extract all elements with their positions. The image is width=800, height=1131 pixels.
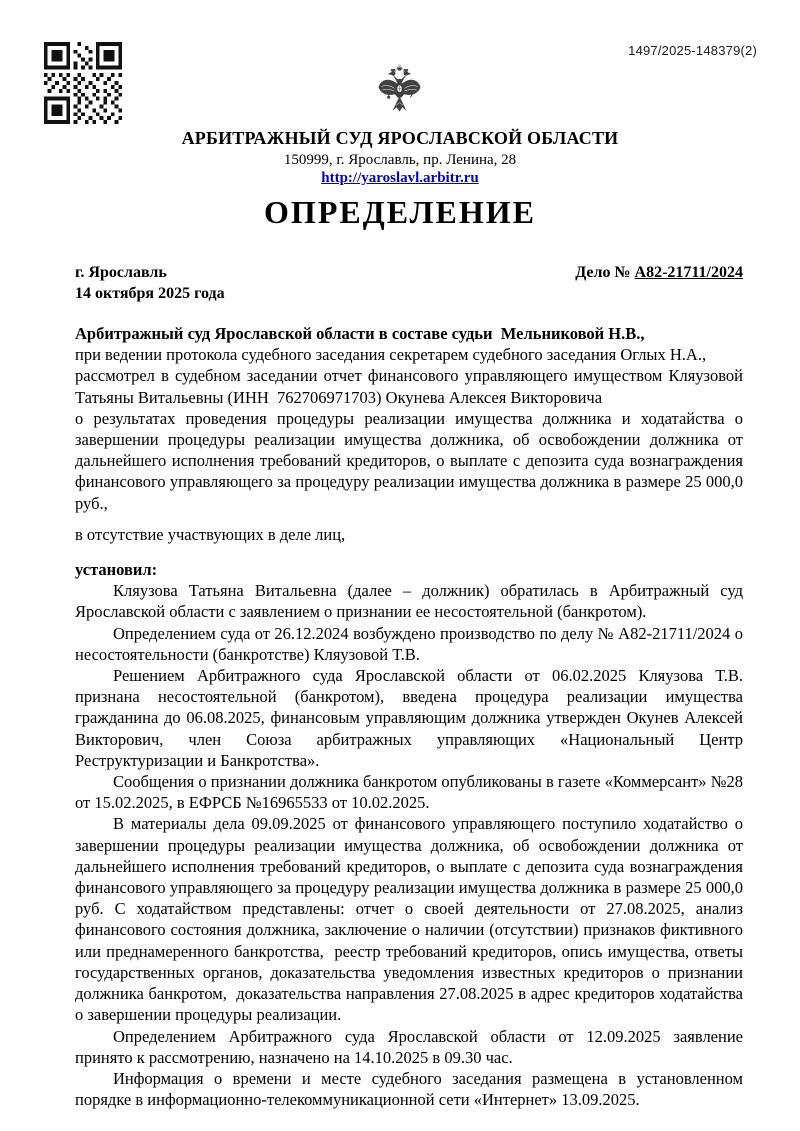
place-and-date: г. Ярославль 14 октября 2025 года	[75, 263, 225, 304]
report-line: рассмотрел в судебном заседании отчет фи…	[75, 365, 743, 407]
qr-code-icon	[44, 42, 122, 124]
spacer	[75, 514, 743, 524]
document-title: ОПРЕДЕЛЕНИЕ	[0, 194, 800, 231]
spacer	[75, 545, 743, 559]
judge-line: Арбитражный суд Ярославской области в со…	[75, 323, 743, 344]
date: 14 октября 2025 года	[75, 284, 225, 305]
case-number-line: Дело № А82-21711/2024	[575, 263, 743, 284]
body-paragraph: Сообщения о признании должника банкротом…	[75, 771, 743, 813]
case-meta: г. Ярославль 14 октября 2025 года Дело №…	[75, 263, 743, 304]
body-paragraph: Решением Арбитражного суда Ярославской о…	[75, 665, 743, 771]
document-body: Арбитражный суд Ярославской области в со…	[75, 323, 743, 1110]
body-paragraph: Информация о времени и месте судебного з…	[75, 1068, 743, 1110]
court-document-page: 1497/2025-148379(2)	[0, 0, 800, 1131]
body-paragraph: Кляузова Татьяна Витальевна (далее – дол…	[75, 580, 743, 622]
court-website-link[interactable]: http://yaroslavl.arbitr.ru	[321, 170, 479, 186]
court-name: АРБИТРАЖНЫЙ СУД ЯРОСЛАВСКОЙ ОБЛАСТИ	[0, 128, 800, 149]
body-paragraph: Определением Арбитражного суда Ярославск…	[75, 1026, 743, 1068]
body-paragraph: В материалы дела 09.09.2025 от финансово…	[75, 813, 743, 1025]
case-label: Дело №	[575, 264, 630, 281]
double-headed-eagle-coat-of-arms-icon	[377, 63, 422, 118]
court-address: 150999, г. Ярославль, пр. Ленина, 28	[0, 152, 800, 169]
secretary-line: при ведении протокола судебного заседани…	[75, 344, 743, 365]
city: г. Ярославль	[75, 263, 225, 284]
case-number: А82-21711/2024	[635, 264, 743, 281]
established-heading: установил:	[75, 559, 743, 580]
court-website-row: http://yaroslavl.arbitr.ru	[0, 170, 800, 187]
document-stamp-number: 1497/2025-148379(2)	[628, 43, 757, 58]
body-paragraph: Определением суда от 26.12.2024 возбужде…	[75, 623, 743, 665]
subject-line: о результатах проведения процедуры реали…	[75, 408, 743, 514]
attendance-line: в отсутствие участвующих в деле лиц,	[75, 524, 743, 545]
